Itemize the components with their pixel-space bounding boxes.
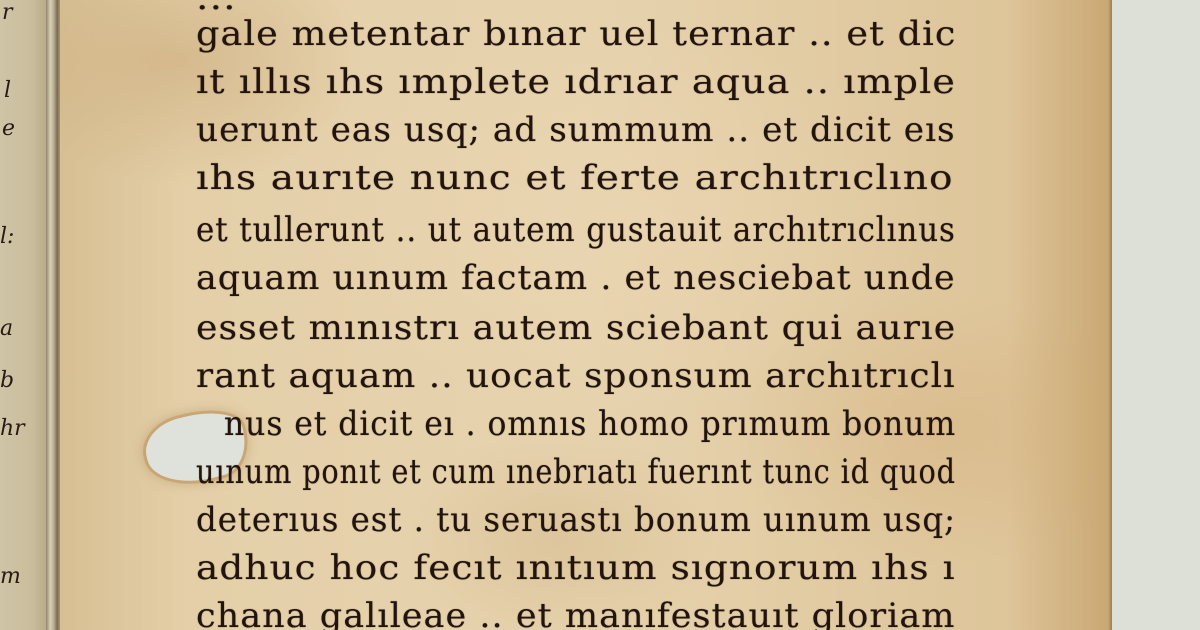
script-line: chana galıleae .. et manıfestauıt gloria… xyxy=(196,596,956,630)
script-line: adhuc hoc fecıt ınıtıum sıgnorum ıhs ı xyxy=(196,548,956,588)
left-page-glyph: m xyxy=(0,566,21,588)
script-line: nus et dicit eı . omnıs homo prımum bonu… xyxy=(224,404,956,444)
left-page-glyph: e xyxy=(2,118,15,140)
script-line: ıhs aurıte nunc et ferte archıtrıclıno xyxy=(196,158,954,198)
left-page-edge: r l e l: a b hr m xyxy=(0,0,46,630)
script-line: esset mınıstrı autem sciebant qui aurıe xyxy=(196,308,956,348)
left-page-glyph: l: xyxy=(0,226,14,248)
script-line: et tullerunt .. ut autem gustauit archıt… xyxy=(196,210,956,250)
left-page-glyph: hr xyxy=(0,418,25,440)
script-line: uerunt eas usq; ad summum .. et dicit eı… xyxy=(196,110,956,150)
script-line: rant aquam .. uocat sponsum archıtrıclı xyxy=(196,356,956,396)
script-line: aquam uınum factam . et nesciebat unde xyxy=(196,258,956,298)
left-page-glyph: l xyxy=(4,80,11,102)
left-page-glyph: b xyxy=(0,370,14,392)
left-page-glyph: a xyxy=(0,318,13,340)
script-line: gale metentar bınar uel ternar .. et dic xyxy=(196,14,956,54)
manuscript-photo: r l e l: a b hr m ... gale metentar bına… xyxy=(0,0,1200,630)
left-page-glyph: r xyxy=(2,2,13,24)
vellum-folio: ... gale metentar bınar uel ternar .. et… xyxy=(60,0,1112,630)
script-line: ıt ıllıs ıhs ımplete ıdrıar aqua .. ımpl… xyxy=(196,62,956,102)
binding-gutter xyxy=(46,0,60,630)
script-line: uınum ponıt et cum ınebrıatı fuerınt tun… xyxy=(196,452,956,492)
script-line: deterıus est . tu seruastı bonum uınum u… xyxy=(196,500,956,540)
background-surface xyxy=(1112,0,1200,630)
